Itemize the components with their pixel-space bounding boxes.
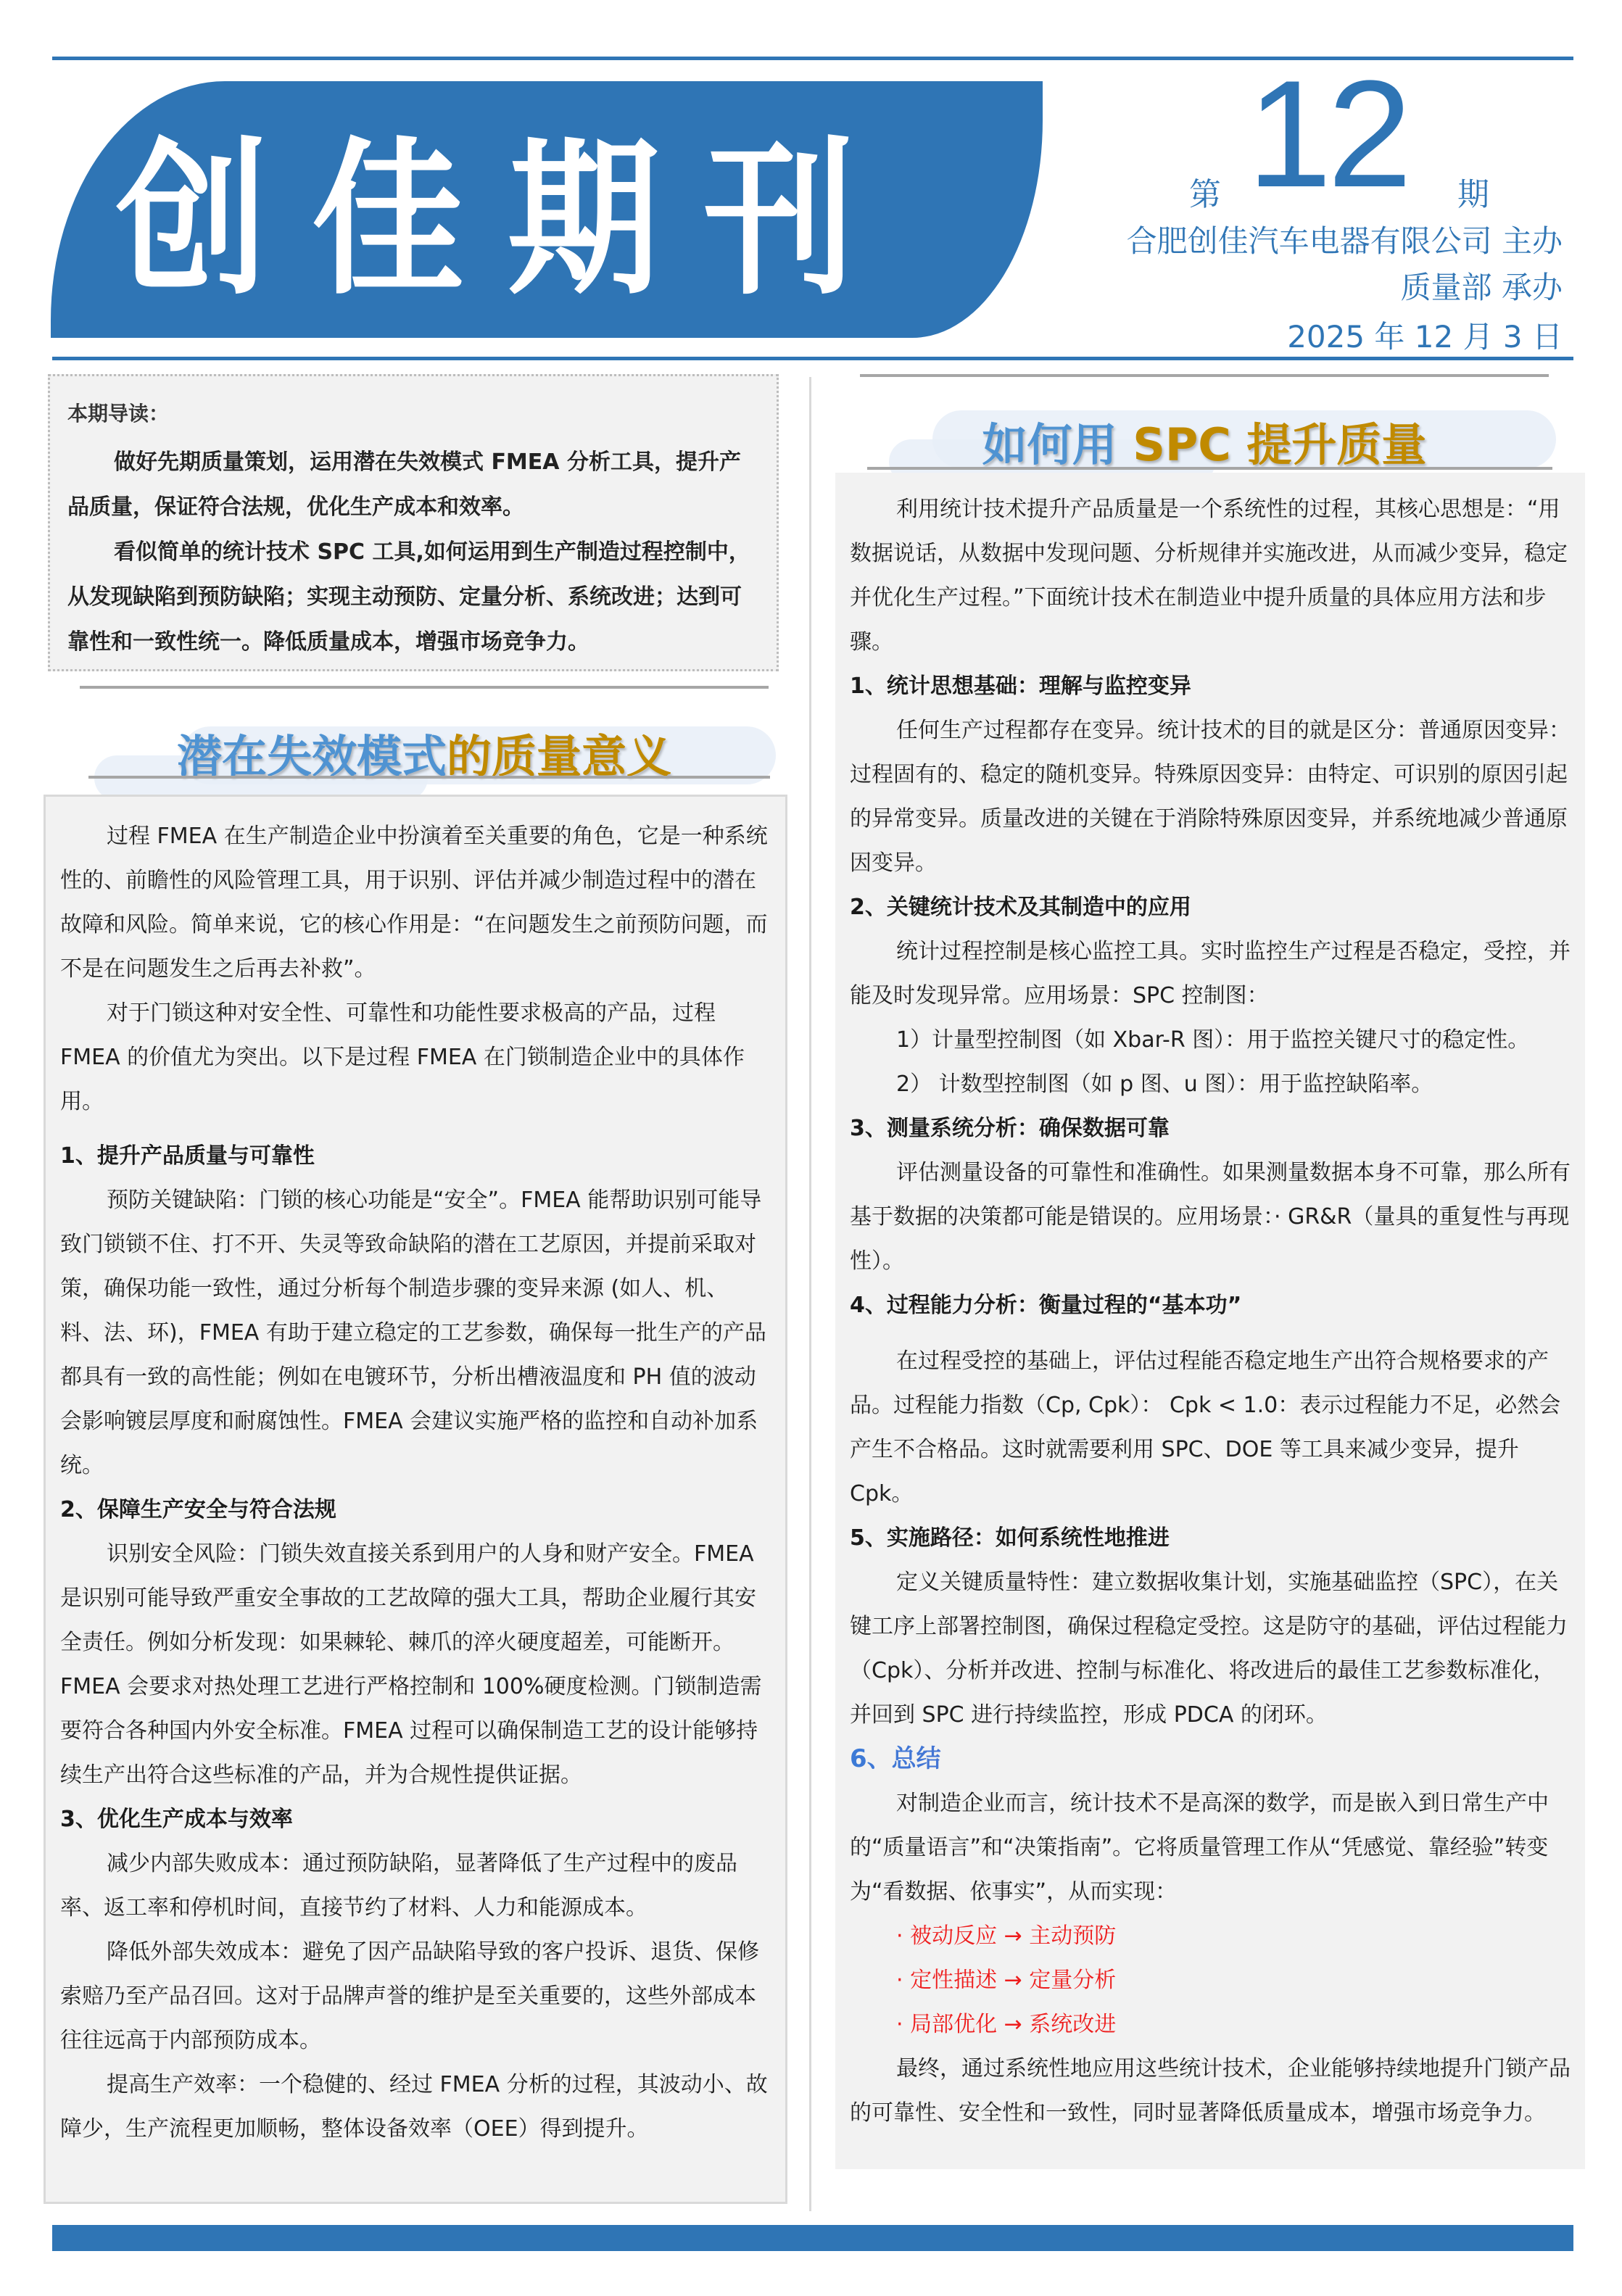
heading-rule-top	[80, 686, 769, 689]
paragraph: 对于门锁这种对安全性、可靠性和功能性要求极高的产品，过程 FMEA 的价值尤为突…	[60, 991, 771, 1124]
paragraph: 在过程受控的基础上，评估过程能否稳定地生产出符合规格要求的产品。过程能力指数（C…	[850, 1339, 1571, 1516]
issue-suffix: 期	[1457, 168, 1489, 215]
host-organization: 合肥创佳汽车电器有限公司 主办	[1127, 217, 1563, 261]
paragraph: 提高生产效率：一个稳健的、经过 FMEA 分析的过程，其波动小、故障少，生产流程…	[60, 2063, 771, 2151]
paragraph: 任何生产过程都存在变异。统计技术的目的就是区分：普通原因变异：过程固有的、稳定的…	[850, 708, 1571, 885]
paragraph: 利用统计技术提升产品质量是一个系统性的过程，其核心思想是：“用数据说话，从数据中…	[850, 487, 1571, 664]
intro-label: 本期导读：	[67, 398, 759, 427]
title-gold-part: SPC 提升质量	[1133, 418, 1426, 471]
masthead-bottom-rule	[52, 357, 1573, 360]
subheading: 2、关键统计技术及其制造中的应用	[850, 885, 1571, 929]
paragraph: 减少内部失败成本：通过预防缺陷，显著降低了生产过程中的废品率、返工率和停机时间，…	[60, 1841, 771, 1930]
journal-title: 创佳期刊	[116, 109, 899, 332]
issue-date: 2025 年 12 月 3 日	[1287, 313, 1563, 357]
paragraph: 过程 FMEA 在生产制造企业中扮演着至关重要的角色，它是一种系统性的、前瞻性的…	[60, 814, 771, 991]
subheading: 3、优化生产成本与效率	[60, 1797, 771, 1841]
paragraph: 识别安全风险：门锁失效直接关系到用户的人身和财产安全。FMEA 是识别可能导致严…	[60, 1532, 771, 1797]
organizing-department: 质量部 承办	[1401, 264, 1563, 307]
paragraph: 定义关键质量特性：建立数据收集计划，实施基础监控（SPC），在关键工序上部署控制…	[850, 1560, 1571, 1737]
intro-paragraph: 做好先期质量策划，运用潜在失效模式 FMEA 分析工具，提升产品质量，保证符合法…	[67, 440, 759, 530]
subheading: 5、实施路径：如何系统性地推进	[850, 1516, 1571, 1560]
subheading: 1、提升产品质量与可靠性	[60, 1134, 771, 1178]
list-item: 1）计量型控制图（如 Xbar-R 图）：用于监控关键尺寸的稳定性。	[850, 1018, 1571, 1062]
heading-rule-bottom	[867, 467, 1552, 470]
heading-rule-bottom	[88, 776, 770, 779]
paragraph: 统计过程控制是核心监控工具。实时监控生产过程是否稳定，受控，并能及时发现异常。应…	[850, 929, 1571, 1018]
paragraph: 评估测量设备的可靠性和准确性。如果测量数据本身不可靠，那么所有基于数据的决策都可…	[850, 1151, 1571, 1283]
subheading: 3、测量系统分析：确保数据可靠	[850, 1106, 1571, 1151]
highlight-item: · 定性描述 → 定量分析	[850, 1958, 1571, 2002]
list-item: 2） 计数型控制图（如 p 图、u 图）：用于监控缺陷率。	[850, 1062, 1571, 1106]
subheading: 2、保障生产安全与符合法规	[60, 1488, 771, 1532]
column-divider	[809, 377, 811, 2211]
title-blue-part: 如何用	[982, 418, 1117, 471]
heading-rule-top	[860, 374, 1549, 377]
subheading: 4、过程能力分析：衡量过程的“基本功”	[850, 1283, 1571, 1327]
intro-paragraph: 看似简单的统计技术 SPC 工具,如何运用到生产制造过程控制中，从发现缺陷到预防…	[67, 530, 759, 665]
summary-heading: 6、总结	[850, 1737, 1571, 1781]
footer-bar	[52, 2225, 1573, 2251]
highlight-item: · 被动反应 → 主动预防	[850, 1914, 1571, 1958]
intro-box: 本期导读： 做好先期质量策划，运用潜在失效模式 FMEA 分析工具，提升产品质量…	[48, 374, 779, 671]
left-section-heading: 潜在失效模式的质量意义	[80, 686, 769, 809]
issue-number: 12	[1247, 51, 1408, 217]
right-section-title: 如何用 SPC 提升质量	[860, 409, 1549, 473]
right-article-body: 利用统计技术提升产品质量是一个系统性的过程，其核心思想是：“用数据说话，从数据中…	[835, 473, 1585, 2169]
issue-prefix: 第	[1189, 168, 1221, 215]
paragraph: 对制造企业而言，统计技术不是高深的数学，而是嵌入到日常生产中的“质量语言”和“决…	[850, 1781, 1571, 1914]
paragraph: 降低外部失效成本：避免了因产品缺陷导致的客户投诉、退货、保修索赔乃至产品召回。这…	[60, 1930, 771, 2063]
subheading: 1、统计思想基础：理解与监控变异	[850, 664, 1571, 708]
paragraph: 最终，通过系统性地应用这些统计技术，企业能够持续地提升门锁产品的可靠性、安全性和…	[850, 2047, 1571, 2135]
left-article-body: 过程 FMEA 在生产制造企业中扮演着至关重要的角色，它是一种系统性的、前瞻性的…	[44, 795, 787, 2204]
paragraph: 预防关键缺陷：门锁的核心功能是“安全”。FMEA 能帮助识别可能导致门锁锁不住、…	[60, 1178, 771, 1488]
highlight-item: · 局部优化 → 系统改进	[850, 2002, 1571, 2047]
